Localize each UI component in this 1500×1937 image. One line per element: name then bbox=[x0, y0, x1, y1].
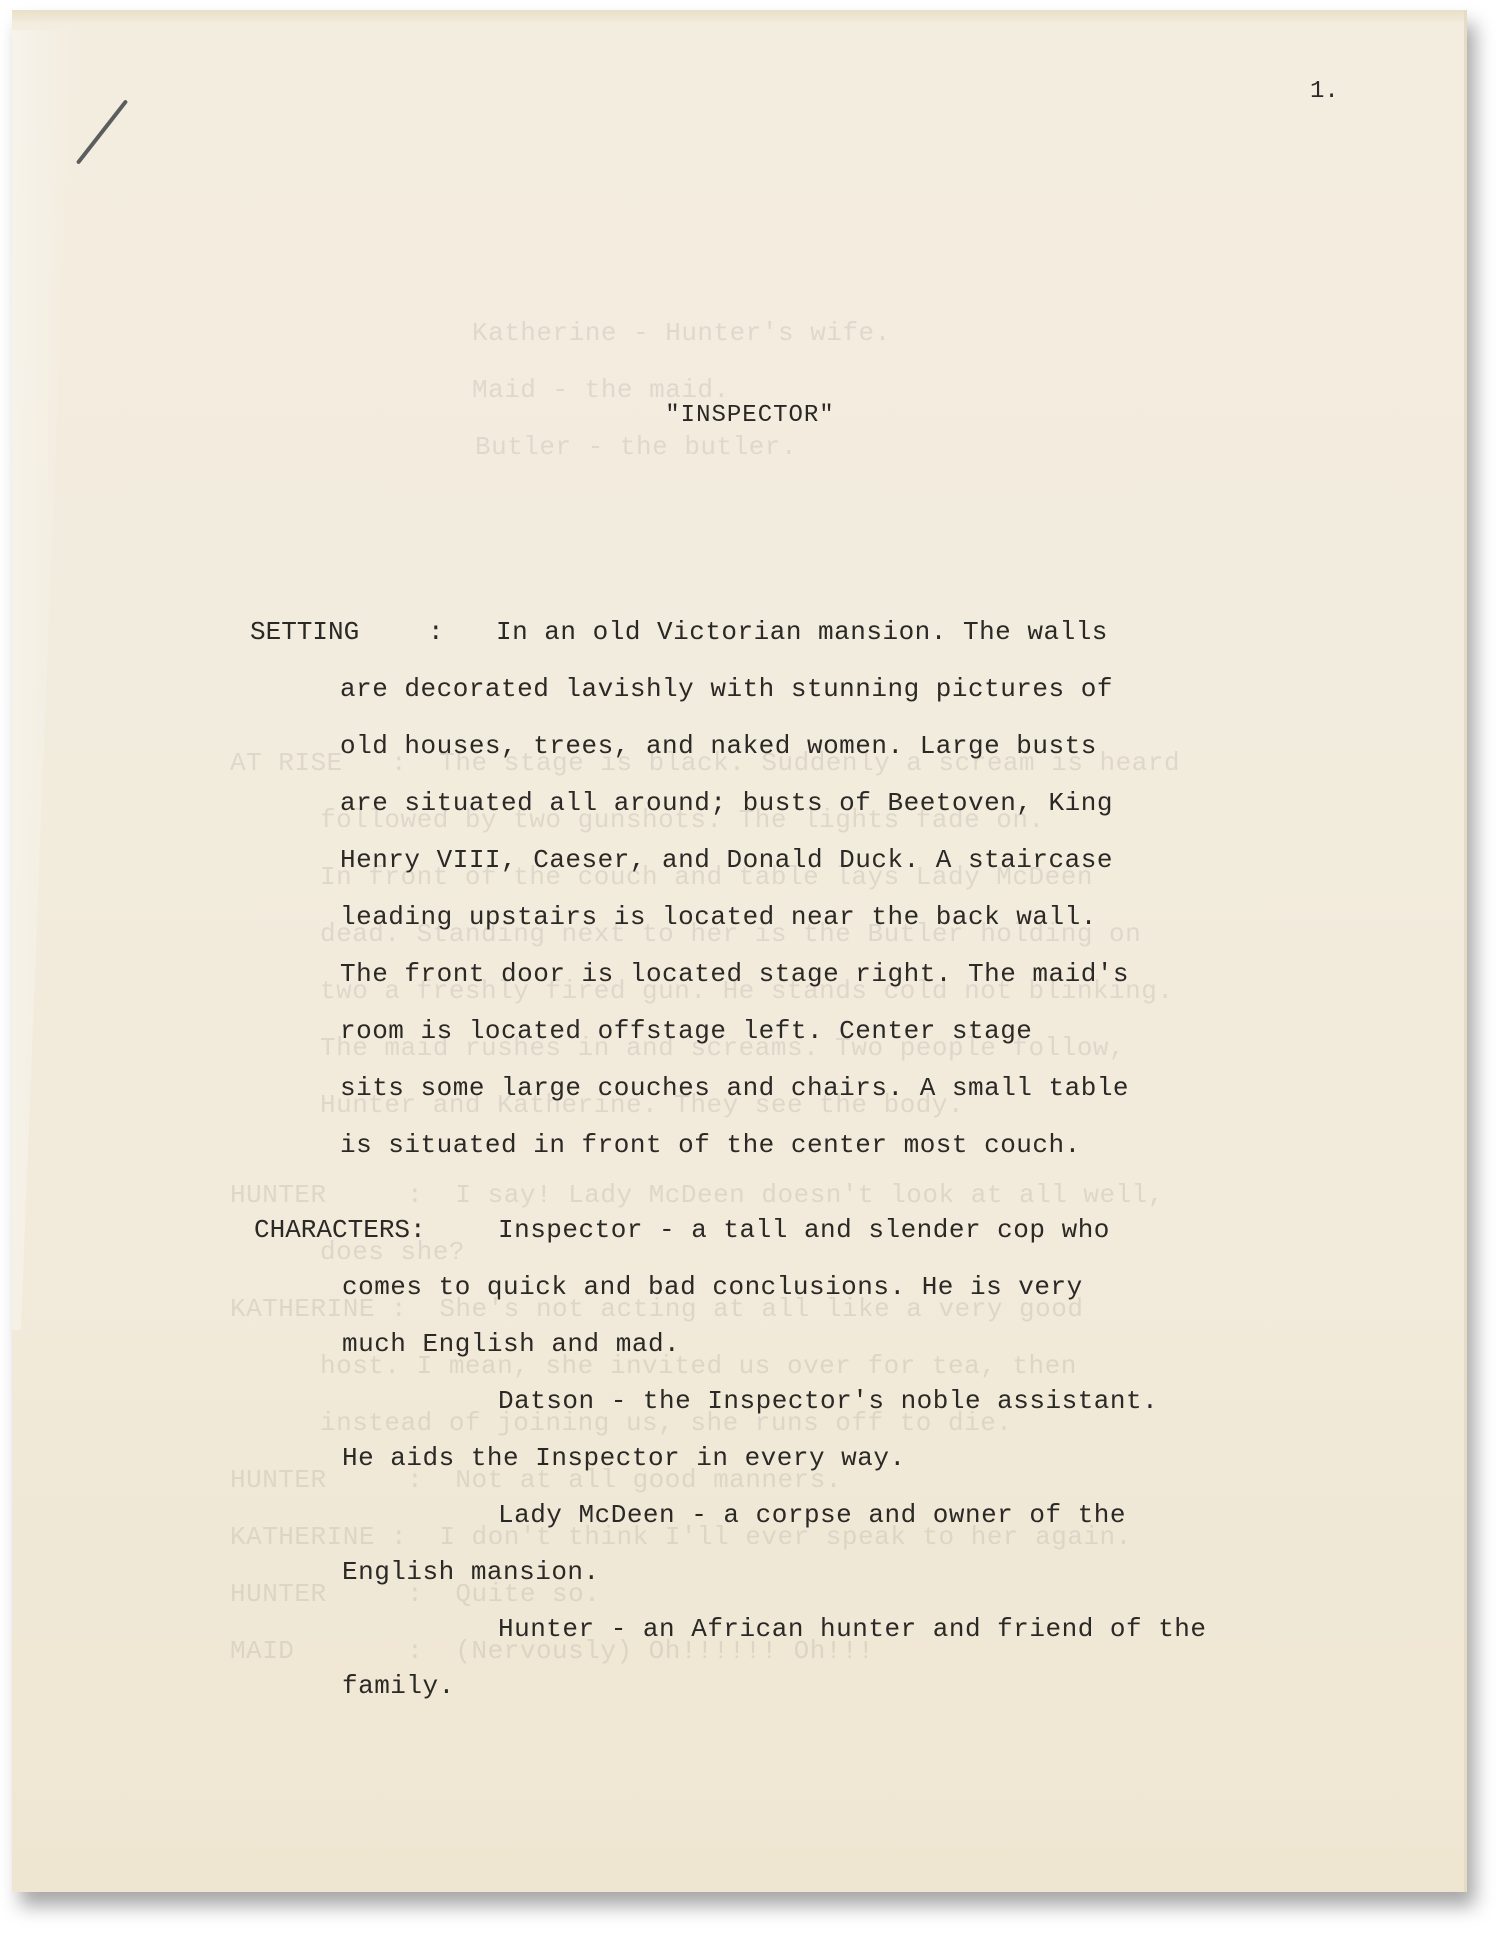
typewritten-page bbox=[12, 10, 1467, 1892]
setting-line: sits some large couches and chairs. A sm… bbox=[340, 1073, 1129, 1103]
setting-line: old houses, trees, and naked women. Larg… bbox=[340, 731, 1097, 761]
script-title: "INSPECTOR" bbox=[0, 402, 1500, 429]
setting-colon: : bbox=[428, 617, 444, 647]
character-line: He aids the Inspector in every way. bbox=[342, 1443, 906, 1473]
bleed-through-text: Maid - the maid. bbox=[472, 375, 730, 405]
setting-line: room is located offstage left. Center st… bbox=[340, 1016, 1032, 1046]
character-line: Inspector - a tall and slender cop who bbox=[498, 1215, 1110, 1245]
setting-line: Henry VIII, Caeser, and Donald Duck. A s… bbox=[340, 845, 1113, 875]
page-number: 1. bbox=[1310, 78, 1339, 105]
character-line: English mansion. bbox=[342, 1557, 600, 1587]
bleed-through-text: HUNTER : I say! Lady McDeen doesn't look… bbox=[230, 1180, 1164, 1210]
setting-line: is situated in front of the center most … bbox=[340, 1130, 1081, 1160]
setting-line: are situated all around; busts of Beetov… bbox=[340, 788, 1113, 818]
page-stack-edge bbox=[12, 10, 1464, 22]
setting-line: The front door is located stage right. T… bbox=[340, 959, 1129, 989]
setting-line: are decorated lavishly with stunning pic… bbox=[340, 674, 1113, 704]
characters-label: CHARACTERS: bbox=[254, 1215, 426, 1245]
character-line: Lady McDeen - a corpse and owner of the bbox=[498, 1500, 1126, 1530]
bleed-through-text: Katherine - Hunter's wife. bbox=[472, 318, 891, 348]
character-line: family. bbox=[342, 1671, 455, 1701]
character-line: Hunter - an African hunter and friend of… bbox=[498, 1614, 1207, 1644]
character-line: comes to quick and bad conclusions. He i… bbox=[342, 1272, 1083, 1302]
character-line: Datson - the Inspector's noble assistant… bbox=[498, 1386, 1158, 1416]
setting-line: In an old Victorian mansion. The walls bbox=[496, 617, 1108, 647]
setting-line: leading upstairs is located near the bac… bbox=[340, 902, 1097, 932]
bleed-through-text: Butler - the butler. bbox=[475, 432, 797, 462]
setting-label: SETTING bbox=[250, 617, 359, 647]
character-line: much English and mad. bbox=[342, 1329, 680, 1359]
